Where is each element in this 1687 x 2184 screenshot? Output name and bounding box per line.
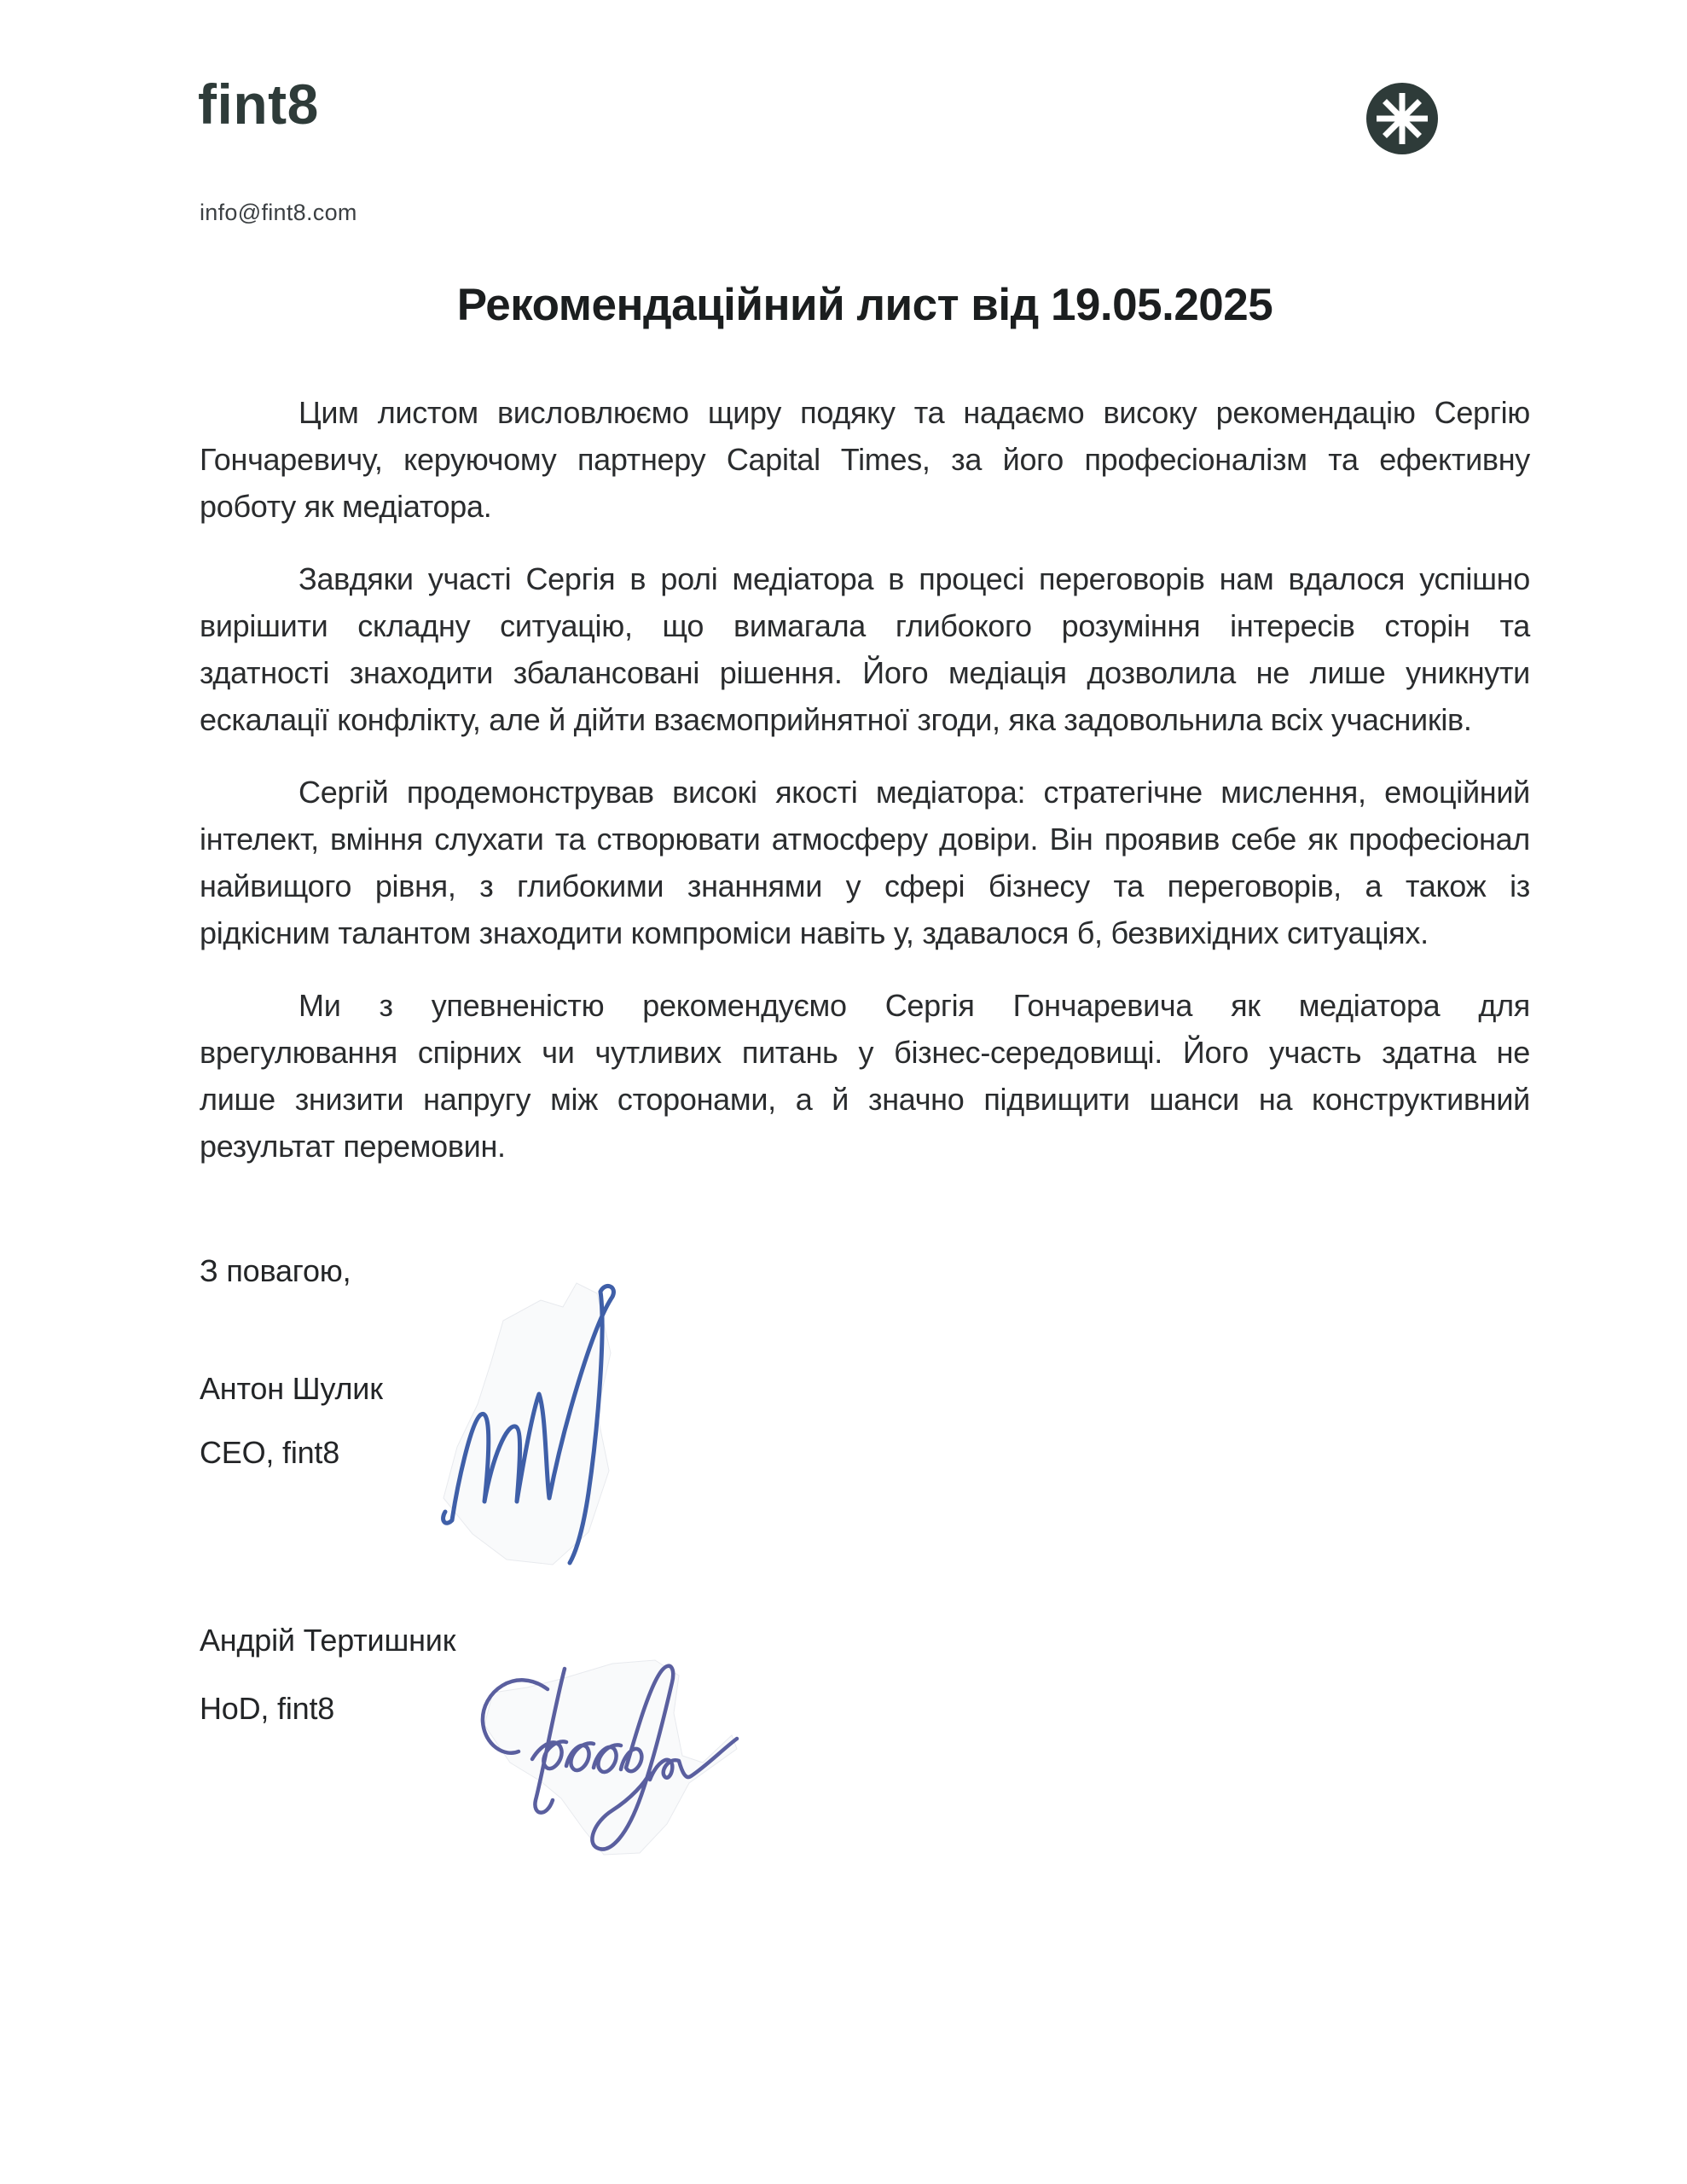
letter-paragraph-4: Ми з упевненістю рекомендуємо Сергія Гон… [200, 982, 1530, 1170]
paragraph-line: Сергій продемонстрував високі якості мед… [200, 769, 1530, 816]
letter-paragraph-3: Сергій продемонстрував високі якості мед… [200, 769, 1530, 956]
paragraph-line: здатності знаходити збалансовані рішення… [200, 649, 1530, 696]
letter-page: fint8 info@fint8.com Рекомендаційний лис… [0, 0, 1687, 2184]
signature-andriy-tertyshnyk [459, 1653, 740, 1858]
letter-paragraph-2: Завдяки участі Сергія в ролі медіатора в… [200, 555, 1530, 743]
asterisk-badge-icon [1366, 83, 1438, 154]
paragraph-line: рідкісним талантом знаходити компроміси … [200, 909, 1530, 956]
paragraph-line: лише знизити напругу між сторонами, а й … [200, 1076, 1530, 1123]
scan-artifact-patch [484, 1660, 737, 1855]
paragraph-line: ескалації конфлікту, але й дійти взаємоп… [200, 696, 1530, 743]
paragraph-line: найвищого рівня, з глибокими знаннями у … [200, 863, 1530, 909]
scan-artifact-patch [443, 1283, 611, 1565]
signer-2-name: Андрій Тертишник [200, 1621, 455, 1660]
signature-anton-shulyk [425, 1278, 638, 1568]
paragraph-line: Ми з упевненістю рекомендуємо Сергія Гон… [200, 982, 1530, 1029]
paragraph-line: Гончаревичу, керуючому партнеру Capital … [200, 436, 1530, 483]
paragraph-line: результат перемовин. [200, 1123, 1530, 1170]
signer-1-name: Антон Шулик [200, 1369, 383, 1409]
letter-body: Цим листом висловлюємо щиру подяку та на… [200, 389, 1530, 1195]
letter-paragraph-1: Цим листом висловлюємо щиру подяку та на… [200, 389, 1530, 530]
signer-2-role: HoD, fint8 [200, 1689, 334, 1728]
paragraph-line: вирішити складну ситуацію, що вимагала г… [200, 602, 1530, 649]
paragraph-line: роботу як медіатора. [200, 483, 1530, 530]
signer-1-role: CEO, fint8 [200, 1433, 339, 1472]
letter-title: Рекомендаційний лист від 19.05.2025 [200, 279, 1530, 331]
paragraph-line: інтелект, вміння слухати та створювати а… [200, 816, 1530, 863]
company-logo: fint8 [198, 72, 319, 136]
paragraph-line: Завдяки участі Сергія в ролі медіатора в… [200, 555, 1530, 602]
paragraph-line: врегулювання спірних чи чутливих питань … [200, 1029, 1530, 1076]
contact-email: info@fint8.com [200, 200, 357, 226]
closing-salutation: З повагою, [200, 1252, 351, 1291]
paragraph-line: Цим листом висловлюємо щиру подяку та на… [200, 389, 1530, 436]
